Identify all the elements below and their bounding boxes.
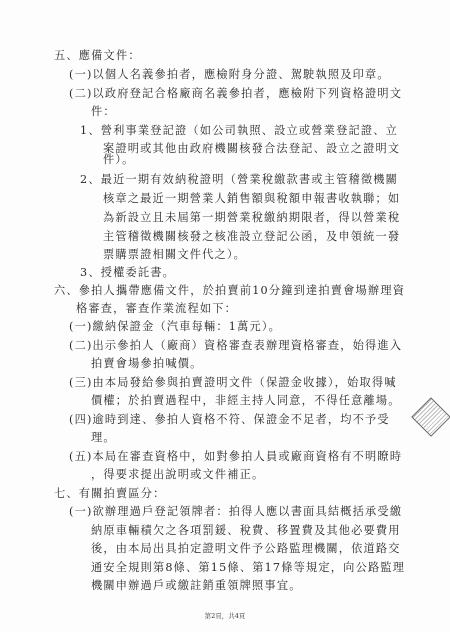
text-line: 理。 [91,431,116,445]
text-line: (五)本局在審查資格中，如對參拍人員或廠商資格有不明瞭時 [69,450,402,464]
text-line: 通安全規則第8條、第15條、第17條等規定，向公路監理 [91,561,405,575]
seal-stamp-icon [411,397,450,437]
text-line: 後，由本局出具拍定證明文件予公路監理機關，依道路交 [91,542,401,556]
document-page: 五、應備文件：(一)以個人名義參拍者，應檢附身分證、駕駛執照及印章。(二)以政府… [0,0,450,632]
text-line: 票購票證相關文件代之）。 [103,248,246,262]
text-line: 六、參拍人攜帶應備文件，於拍賣前10分鐘到達拍賣會場辦理資 [54,284,405,298]
text-line: (二)以政府登記合格廠商名義參拍者，應檢附下列資格證明文 [69,87,402,101]
text-line: 件： [91,105,116,119]
text-line: 格審查，審查作業流程如下： [76,302,237,316]
text-line: 2、最近一期有效納稅證明（營業稅繳款書或主管稽徵機關 [80,173,398,187]
text-line: 價權；於拍賣過程中，非經主持人同意，不得任意離場。 [91,394,401,408]
text-line: 七、有關拍賣區分： [54,487,166,501]
text-line: 五、應備文件： [54,49,141,63]
text-line: 件）。 [103,153,135,167]
text-line: (三)由本局發給參與拍賣證明文件（保證金收據），始取得喊 [69,376,397,390]
text-line: (一)繳納保證金（汽車每輛：1萬元）。 [69,320,281,334]
text-line: 3、授權委託書。 [80,266,175,280]
page-footer: 第2頁，共4頁 [0,611,450,620]
text-line: 案證明或其他由政府機關核發合法登記、設立之證明文 [103,142,400,156]
text-line: 納原車輛積欠之各項罰鍰、稅費、移置費及其他必要費用 [91,524,401,538]
text-line: (四)逾時到達、參拍人資格不符、保證金不足者，均不予受 [69,413,390,427]
text-line: (一)欲辦理過戶登記領牌者：拍得人應以書面具結概括承受繳 [69,505,402,519]
text-line: 主管稽徵機關核發之核准設立登記公函，及申領統一發 [103,230,400,244]
text-line: ，得要求提出說明或文件補正。 [91,468,264,482]
text-line: 為新設立且未屆第一期營業稅繳納期限者，得以營業稅 [103,211,400,225]
text-line: 拍賣會場參拍喊價。 [91,357,203,371]
text-line: (一)以個人名義參拍者，應檢附身分證、駕駛執照及印章。 [69,68,390,82]
text-line: (二)出示參拍人（廠商）資格審查表辦理資格審查，始得進入 [69,339,402,353]
text-line: 1、營利事業登記證（如公司執照、設立或營業登記證、立 [80,124,398,138]
text-line: 核章之最近一期營業人銷售額與稅額申報書收執聯；如 [103,192,400,206]
text-line: 機關申辦過戶或繳註銷重領牌照事宜。 [91,579,302,593]
